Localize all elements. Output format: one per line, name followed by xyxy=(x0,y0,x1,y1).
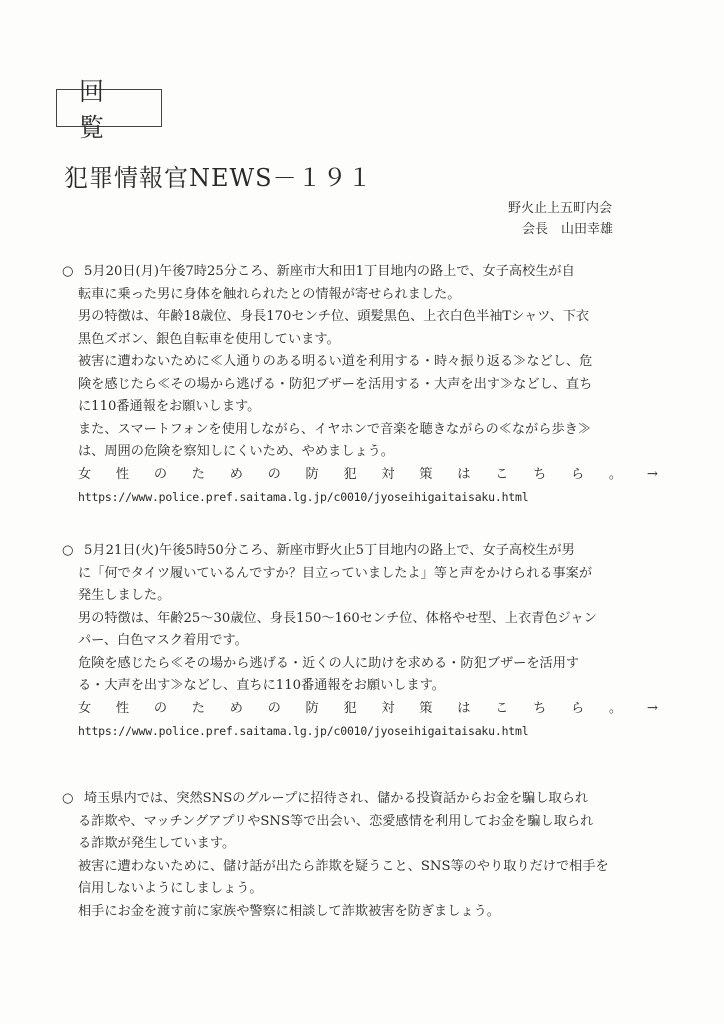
text-line: また、スマートフォンを使用しながら、イヤホンで音楽を聴きながらの≪ながら歩き≫ xyxy=(62,419,662,442)
link-label-char: 女 xyxy=(78,698,91,721)
link-label-char: ち xyxy=(533,698,546,721)
link-label-char: 性 xyxy=(116,698,129,721)
chairman-name: 会長 山田幸雄 xyxy=(508,219,613,240)
text-line: 5月20日(月)午後7時25分ころ、新座市大和田1丁目地内の路上で、女子高校生が… xyxy=(84,261,575,284)
circle-bullet-icon: ○ xyxy=(62,540,84,563)
link-label-char: 女 xyxy=(78,464,91,487)
text-line: 転車に乗った男に身体を触れられたとの情報が寄せられました。 xyxy=(62,284,662,307)
link-label-char: 防 xyxy=(306,698,319,721)
link-label-char: は xyxy=(457,698,470,721)
text-line: 埼玉県内では、突然SNSのグループに招待され、儲かる投資話からお金を騙し取られ xyxy=(84,788,588,811)
circle-bullet-icon: ○ xyxy=(62,261,84,284)
link-label-char: ら xyxy=(571,698,584,721)
organization-name: 野火止上五町内会 xyxy=(508,198,613,219)
link-label-char: 犯 xyxy=(343,698,356,721)
link-label-char: の xyxy=(268,464,281,487)
link-label-char: め xyxy=(230,698,243,721)
issuer-block: 野火止上五町内会 会長 山田幸雄 xyxy=(508,198,613,240)
safety-url-link[interactable]: https://www.police.pref.saitama.lg.jp/c0… xyxy=(62,720,662,743)
text-line: に110番通報をお願いします。 xyxy=(62,396,662,419)
link-label-char: の xyxy=(154,698,167,721)
arrow-right-icon: → xyxy=(647,698,658,721)
link-label-char: 対 xyxy=(381,698,394,721)
safety-link-label: 女性のための防犯対策はこちら。→ xyxy=(62,698,662,721)
link-label-char: の xyxy=(268,698,281,721)
link-label-char: ち xyxy=(533,464,546,487)
link-label-char: の xyxy=(154,464,167,487)
text-line: パー、白色マスク着用です。 xyxy=(62,630,662,653)
link-label-char: 対 xyxy=(381,464,394,487)
link-label-char: 策 xyxy=(419,698,432,721)
link-label-char: た xyxy=(192,464,205,487)
link-label-char: め xyxy=(230,464,243,487)
notice-section-2: ○5月21日(火)午後5時50分ころ、新座市野火止5丁目地内の路上で、女子高校生… xyxy=(62,540,662,743)
page-title: 犯罪情報官NEWS－１９１ xyxy=(64,158,373,193)
text-line: る詐欺が発生しています。 xyxy=(62,833,662,856)
text-line: る・大声を出す≫などし、直ちに110番通報をお願いします。 xyxy=(62,675,662,698)
link-label-char: こ xyxy=(495,698,508,721)
link-label-char: こ xyxy=(495,464,508,487)
link-label-char: 策 xyxy=(419,464,432,487)
text-line: は、周囲の危険を察知しにくいため、やめましょう。 xyxy=(62,441,662,464)
link-label-char: は xyxy=(457,464,470,487)
text-line: る詐欺や、マッチングアプリやSNS等で出会い、恋愛感情を利用してお金を騙し取られ xyxy=(62,811,662,834)
notice-section-1: ○5月20日(月)午後7時25分ころ、新座市大和田1丁目地内の路上で、女子高校生… xyxy=(62,261,662,509)
link-label-char: 。 xyxy=(609,464,622,487)
text-line: 男の特徴は、年齢18歳位、身長170センチ位、頭髪黒色、上衣白色半袖Tシャツ、下… xyxy=(62,306,662,329)
text-line: 危険を感じたら≪その場から逃げる・近くの人に助けを求める・防犯ブザーを活用す xyxy=(62,653,662,676)
text-line: 5月21日(火)午後5時50分ころ、新座市野火止5丁目地内の路上で、女子高校生が… xyxy=(84,540,575,563)
notice-section-3: ○埼玉県内では、突然SNSのグループに招待され、儲かる投資話からお金を騙し取られ… xyxy=(62,788,662,923)
safety-url-link[interactable]: https://www.police.pref.saitama.lg.jp/c0… xyxy=(62,486,662,509)
text-line: 信用しないようにしましょう。 xyxy=(62,878,662,901)
text-line: 男の特徴は、年齢25～30歳位、身長150～160センチ位、体格やせ型、上衣青色… xyxy=(62,608,662,631)
link-label-char: 性 xyxy=(116,464,129,487)
text-line: 黒色ズボン、銀色自転車を使用しています。 xyxy=(62,329,662,352)
text-line: 被害に遭わないために≪人通りのある明るい道を利用する・時々振り返る≫などし、危 xyxy=(62,351,662,374)
link-label-char: 防 xyxy=(306,464,319,487)
text-line: 相手にお金を渡す前に家族や警察に相談して詐欺被害を防ぎましょう。 xyxy=(62,901,662,924)
link-label-char: 。 xyxy=(609,698,622,721)
circle-bullet-icon: ○ xyxy=(62,788,84,811)
text-line: 発生しました。 xyxy=(62,585,662,608)
safety-link-label: 女性のための防犯対策はこちら。→ xyxy=(62,464,662,487)
arrow-right-icon: → xyxy=(647,464,658,487)
link-label-char: ら xyxy=(571,464,584,487)
circulation-label: 回 覧 xyxy=(56,89,162,127)
link-label-char: た xyxy=(192,698,205,721)
text-line: 険を感じたら≪その場から逃げる・防犯ブザーを活用する・大声を出す≫などし、直ち xyxy=(62,374,662,397)
text-line: 被害に遭わないために、儲け話が出たら詐欺を疑うこと、SNS等のやり取りだけで相手… xyxy=(62,856,662,879)
link-label-char: 犯 xyxy=(343,464,356,487)
text-line: に「何でタイツ履いているんですか？目立っていましたよ」等と声をかけられる事案が xyxy=(62,563,662,586)
